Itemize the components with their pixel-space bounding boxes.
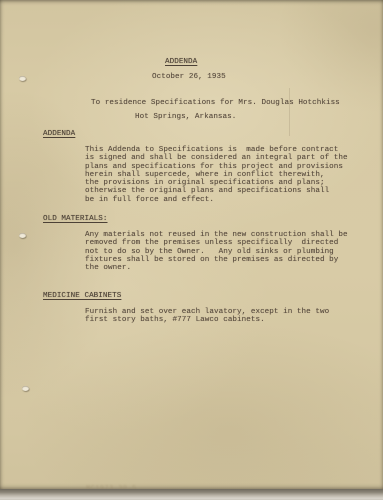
document-date: October 26, 1935 [152,73,226,81]
section-heading-medicine-cabinets: MEDICINE CABINETS [43,292,121,300]
addressee-city-line: Hot Springs, Arkansas. [135,113,236,121]
section-heading-addenda: ADDENDA [43,130,75,138]
scanner-bed-edge [0,489,383,500]
pin-hole [19,76,26,81]
document-title: ADDENDA [165,58,197,66]
addressee-line: To residence Specifications for Mrs. Dou… [91,99,340,107]
section-body-addenda: This Addenda to Specifications is made b… [85,146,348,204]
pin-hole [19,233,26,238]
section-heading-old-materials: OLD MATERIALS: [43,215,108,223]
paper-crease [289,88,290,136]
scanned-document-page: ADDENDA October 26, 1935 To residence Sp… [0,0,383,500]
section-body-old-materials: Any materials not reused in the new cons… [85,231,348,272]
pin-hole [22,386,29,391]
section-body-medicine-cabinets: Furnish and set over each lavatory, exce… [85,308,329,325]
